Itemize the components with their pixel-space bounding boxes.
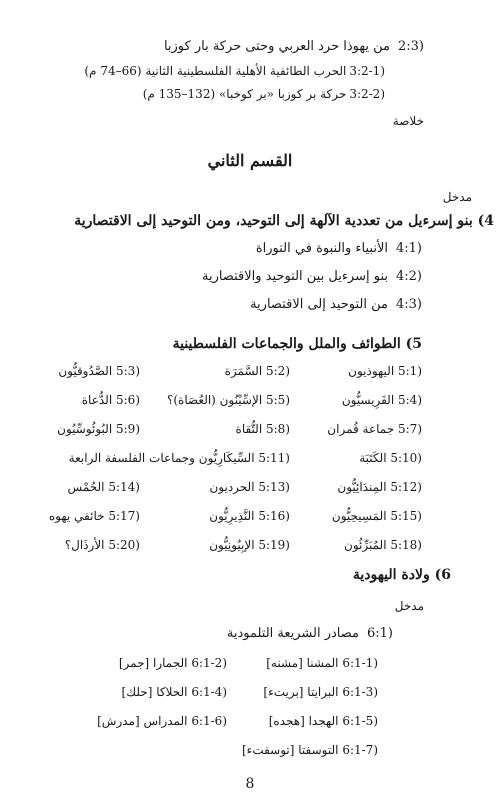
item-number: 6:1-2) <box>191 654 227 672</box>
toc-item-4-3: 4:3)من التوحيد إلى الاقتصارية <box>250 296 422 314</box>
item-number: 5:1) <box>398 362 422 380</box>
toc-item-5-15: 5:15) المَسِيحِيُّون <box>332 507 422 525</box>
item-number: 5:5) <box>266 391 290 409</box>
item-text: الحلاكا [حلك] <box>122 685 188 699</box>
toc-item-6-1-6: 6:1-6) المدراس [مدرش] <box>97 712 227 730</box>
item-text: الحرب الطائفية الأهلية الفلسطينية الثاني… <box>84 64 346 78</box>
item-text: بنو إسرءيل بين التوحيد والاقتصارية <box>202 269 388 284</box>
item-number: 5:15) <box>390 507 422 525</box>
toc-item-3-2-2: 3:2-2)حركة بر كوزبا «بر كوخبا» (132–135 … <box>143 85 385 103</box>
item-number: 5:12) <box>390 478 422 496</box>
toc-item-5-5: 5:5) الإسِّيْنُون (العُصَاة)؟ <box>167 391 290 409</box>
item-number: 6:1-6) <box>191 712 227 730</box>
section-6-intro: مدخل <box>395 597 424 615</box>
item-number: 5:16) <box>258 507 290 525</box>
toc-item-4-1: 4:1)الأنبياء والنبوة في التوراة <box>256 240 422 258</box>
toc-item-5-1: 5:1) اليهوذيون <box>348 362 422 380</box>
item-text: المشنا [مشنه] <box>266 656 338 670</box>
item-number: 6:1) <box>367 625 393 643</box>
item-text: التُّقاة <box>236 422 263 436</box>
item-number: 3:2-2) <box>349 85 385 103</box>
item-number: 4:2) <box>396 268 422 286</box>
item-number: 5:18) <box>390 536 422 554</box>
toc-item-6-1-1: 6:1-1) المشنا [مشنه] <box>266 654 378 672</box>
item-text: حركة بر كوزبا «بر كوخبا» (132–135 م) <box>143 87 347 101</box>
item-text: المُبَرِّئُون <box>344 538 387 552</box>
item-number: 3:2-1) <box>349 62 385 80</box>
item-number: 5:6) <box>116 391 140 409</box>
item-number: 4:1) <box>396 240 422 258</box>
item-number: 6:1-5) <box>342 712 378 730</box>
toc-item-5-16: 5:16) النَّذِيرِيُّون <box>209 507 290 525</box>
item-text: المدراس [مدرش] <box>97 714 187 728</box>
item-text: النَّذِيرِيُّون <box>209 509 254 523</box>
section-5-heading: 5) الطوائف والملل والجماعات الفلسطينية <box>173 335 422 353</box>
item-text: اليهوذيون <box>348 364 394 378</box>
item-number: 5:14) <box>108 478 140 496</box>
item-text: الحُمْس <box>68 480 105 494</box>
item-text: الدُّعاة <box>82 393 112 407</box>
section-6-heading: 6) ولادة اليهودية <box>353 566 451 584</box>
page-number: 8 <box>0 776 500 792</box>
item-number: 5:20) <box>108 536 140 554</box>
toc-item-6-1: 6:1)مصادر الشريعة التلمودية <box>227 625 393 643</box>
toc-item-5-11: 5:11) السِّيكَارِيُّون وجماعات الفلسفة ا… <box>69 449 290 467</box>
item-number: 5:17) <box>108 507 140 525</box>
item-text: الكَتَبَة <box>359 451 386 465</box>
toc-item-6-1-2: 6:1-2) الجمارا [جمر] <box>119 654 227 672</box>
toc-item-5-13: 5:13) الحرديون <box>209 478 290 496</box>
toc-item-5-7: 5:7) جماعة قُمران <box>327 420 422 438</box>
toc-item-5-6: 5:6) الدُّعاة <box>82 391 140 409</box>
item-number: 5:4) <box>398 391 422 409</box>
item-text: الأنبياء والنبوة في التوراة <box>256 241 388 256</box>
section-4-heading: 4) بنو إسرءيل من تعددية الآلهة إلى التوح… <box>74 212 494 230</box>
item-text: الهجدا [هجده] <box>269 714 339 728</box>
toc-item-5-9: 5:9) البُوئُوسِّيُون <box>57 420 140 438</box>
item-text: السَّمَرَة <box>225 364 263 378</box>
item-text: الفَرِيسيُّون <box>342 393 394 407</box>
toc-item-6-1-7: 6:1-7) التوسفتا [توسفتء] <box>242 741 378 759</box>
item-number: 2:3) <box>398 38 424 56</box>
item-number: 4:3) <box>396 296 422 314</box>
toc-item-5-20: 5:20) الأرذَال؟ <box>65 536 140 554</box>
item-text: جماعة قُمران <box>327 422 394 436</box>
toc-item-3-2-1: 3:2-1)الحرب الطائفية الأهلية الفلسطينية … <box>84 62 385 80</box>
item-text: الإبِيُونِيُّون <box>209 538 254 552</box>
item-number: 5:7) <box>398 420 422 438</box>
item-number: 6:1-7) <box>342 741 378 759</box>
item-text: الحرديون <box>209 480 254 494</box>
item-text: من يهوذا حرد العربي وحتى حركة بار كوزبا <box>164 39 390 54</box>
item-number: 5:8) <box>266 420 290 438</box>
toc-item-5-2: 5:2) السَّمَرَة <box>225 362 290 380</box>
toc-conclusion: خلاصة <box>393 112 424 130</box>
toc-item-5-14: 5:14) الحُمْس <box>68 478 140 496</box>
toc-item-6-1-5: 6:1-5) الهجدا [هجده] <box>269 712 378 730</box>
toc-item-5-19: 5:19) الإبِيُونِيُّون <box>209 536 290 554</box>
item-number: 5:10) <box>390 449 422 467</box>
toc-item-5-8: 5:8) التُّقاة <box>236 420 290 438</box>
toc-item-5-12: 5:12) المِندَائِيُّون <box>337 478 422 496</box>
item-text: المَسِيحِيُّون <box>332 509 387 523</box>
item-text: المِندَائِيُّون <box>337 480 386 494</box>
item-text: البرايتا [بريتء] <box>263 685 338 699</box>
item-number: 5:2) <box>266 362 290 380</box>
item-number: 5:9) <box>116 420 140 438</box>
toc-item-4-2: 4:2)بنو إسرءيل بين التوحيد والاقتصارية <box>202 268 422 286</box>
item-text: الصَّدُوقيُّون <box>58 364 112 378</box>
toc-item-5-4: 5:4) الفَرِيسيُّون <box>342 391 422 409</box>
item-text: خائفي يهوه <box>49 509 105 523</box>
toc-item-3-2: 2:3)من يهوذا حرد العربي وحتى حركة بار كو… <box>164 38 424 56</box>
item-number: 6:1-3) <box>342 683 378 701</box>
item-number: 6:1-4) <box>191 683 227 701</box>
toc-item-5-17: 5:17) خائفي يهوه <box>49 507 140 525</box>
item-text: السِّيكَارِيُّون وجماعات الفلسفة الرابعة <box>69 451 255 465</box>
toc-item-5-3: 5:3) الصَّدُوقيُّون <box>58 362 140 380</box>
toc-item-5-18: 5:18) المُبَرِّئُون <box>344 536 422 554</box>
toc-item-6-1-4: 6:1-4) الحلاكا [حلك] <box>122 683 227 701</box>
item-text: من التوحيد إلى الاقتصارية <box>250 297 388 312</box>
item-number: 5:11) <box>258 449 290 467</box>
item-number: 6:1-1) <box>342 654 378 672</box>
item-number: 5:19) <box>258 536 290 554</box>
part-title: القسم الثاني <box>0 152 500 170</box>
toc-item-6-1-3: 6:1-3) البرايتا [بريتء] <box>263 683 378 701</box>
toc-item-5-10: 5:10) الكَتَبَة <box>359 449 422 467</box>
item-text: التوسفتا [توسفتء] <box>242 743 338 757</box>
item-text: الأرذَال؟ <box>65 538 105 552</box>
item-text: الجمارا [جمر] <box>119 656 188 670</box>
item-text: الإسِّيْنُون (العُصَاة)؟ <box>167 393 262 407</box>
item-text: مصادر الشريعة التلمودية <box>227 626 359 641</box>
item-text: البُوئُوسِّيُون <box>57 422 112 436</box>
part-intro: مدخل <box>443 188 472 206</box>
item-number: 5:3) <box>116 362 140 380</box>
item-number: 5:13) <box>258 478 290 496</box>
